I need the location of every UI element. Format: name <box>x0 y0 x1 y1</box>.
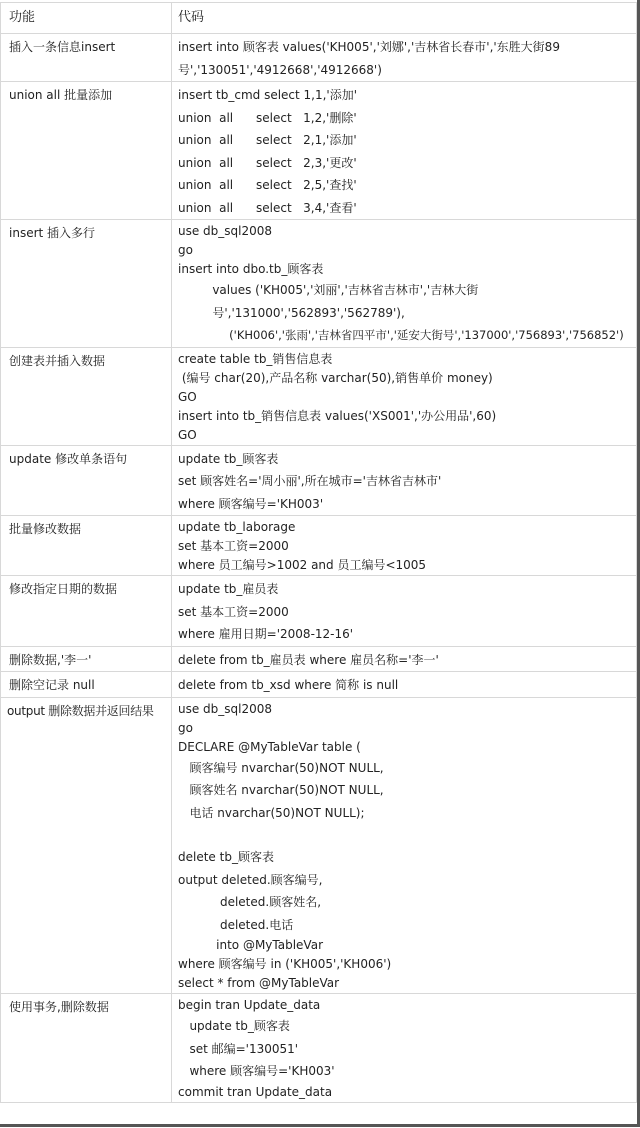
code-line: GO <box>178 388 630 407</box>
code-line: 顾客编号 nvarchar(50)NOT NULL, <box>178 757 630 780</box>
table-row: 删除数据,'李一' delete from tb_雇员表 where 雇员名称=… <box>1 646 637 672</box>
code-line: update tb_顾客表 <box>178 1015 630 1038</box>
function-cell: union all 批量添加 <box>1 82 172 220</box>
table-row: 创建表并插入数据 create table tb_销售信息表 (编号 char(… <box>1 347 637 445</box>
code-cell: update tb_顾客表set 顾客姓名='周小丽',所在城市='吉林省吉林市… <box>172 445 637 516</box>
code-line: delete tb_顾客表 <box>178 846 630 869</box>
code-line: insert into dbo.tb_顾客表 <box>178 260 630 279</box>
code-line: go <box>178 241 630 260</box>
code-cell: create table tb_销售信息表 (编号 char(20),产品名称 … <box>172 347 637 445</box>
table-row: 使用事务,删除数据 begin tran Update_data update … <box>1 994 637 1103</box>
code-line: union all select 2,3,'更改' <box>178 152 630 175</box>
code-line: use db_sql2008 <box>178 222 630 241</box>
code-line: use db_sql2008 <box>178 700 630 719</box>
code-cell: update tb_laborageset 基本工资=2000where 员工编… <box>172 516 637 576</box>
code-line: GO <box>178 426 630 445</box>
function-cell: 修改指定日期的数据 <box>1 576 172 647</box>
function-cell: 插入一条信息insert <box>1 34 172 82</box>
code-line: set 邮编='130051' <box>178 1038 630 1061</box>
code-cell: use db_sql2008goDECLARE @MyTableVar tabl… <box>172 697 637 994</box>
table-row: 批量修改数据 update tb_laborageset 基本工资=2000wh… <box>1 516 637 576</box>
function-cell: 批量修改数据 <box>1 516 172 576</box>
function-cell: output 删除数据并返回结果 <box>1 697 172 994</box>
code-line: 电话 nvarchar(50)NOT NULL); <box>178 802 630 825</box>
header-code: 代码 <box>172 3 637 34</box>
code-line: into @MyTableVar <box>178 936 630 955</box>
code-line: where 员工编号>1002 and 员工编号<1005 <box>178 556 630 575</box>
code-line: union all select 1,2,'删除' <box>178 107 630 130</box>
code-line: ('KH006','张雨','吉林省四平市','延安大街号','137000',… <box>178 324 630 347</box>
code-line: delete from tb_雇员表 where 雇员名称='李一' <box>178 649 630 672</box>
code-line: 号','131000','562893','562789'), <box>178 302 630 325</box>
code-line: update tb_顾客表 <box>178 448 630 471</box>
code-line: where 雇用日期='2008-12-16' <box>178 623 630 646</box>
code-cell: update tb_雇员表set 基本工资=2000where 雇用日期='20… <box>172 576 637 647</box>
code-line: (编号 char(20),产品名称 varchar(50),销售单价 money… <box>178 369 630 388</box>
code-line: begin tran Update_data <box>178 996 630 1015</box>
header-function: 功能 <box>1 3 172 34</box>
code-line: insert into 顾客表 values('KH005','刘娜','吉林省… <box>178 36 630 59</box>
function-cell: 删除空记录 null <box>1 672 172 698</box>
code-line: deleted.电话 <box>178 914 630 937</box>
code-line: 号','130051','4912668','4912668') <box>178 59 630 82</box>
code-line: set 基本工资=2000 <box>178 537 630 556</box>
code-line: insert tb_cmd select 1,1,'添加' <box>178 84 630 107</box>
code-line: union all select 3,4,'查看' <box>178 197 630 220</box>
code-line: union all select 2,5,'查找' <box>178 174 630 197</box>
table-row: 修改指定日期的数据 update tb_雇员表set 基本工资=2000wher… <box>1 576 637 647</box>
code-line-blank <box>178 824 630 846</box>
code-cell: delete from tb_xsd where 简称 is null <box>172 672 637 698</box>
code-line: where 顾客编号='KH003' <box>178 493 630 516</box>
code-line: insert into tb_销售信息表 values('XS001','办公用… <box>178 407 630 426</box>
table-row: union all 批量添加 insert tb_cmd select 1,1,… <box>1 82 637 220</box>
table-row: insert 插入多行 use db_sql2008goinsert into … <box>1 220 637 348</box>
table-row: 删除空记录 null delete from tb_xsd where 简称 i… <box>1 672 637 698</box>
code-line: update tb_laborage <box>178 518 630 537</box>
code-cell: insert tb_cmd select 1,1,'添加'union all s… <box>172 82 637 220</box>
code-line: set 顾客姓名='周小丽',所在城市='吉林省吉林市' <box>178 470 630 493</box>
function-cell: 删除数据,'李一' <box>1 646 172 672</box>
code-line: go <box>178 719 630 738</box>
code-line: DECLARE @MyTableVar table ( <box>178 738 630 757</box>
code-line: where 顾客编号='KH003' <box>178 1060 630 1083</box>
code-line: where 顾客编号 in ('KH005','KH006') <box>178 955 630 974</box>
code-line: delete from tb_xsd where 简称 is null <box>178 674 630 697</box>
table-row: 插入一条信息insert insert into 顾客表 values('KH0… <box>1 34 637 82</box>
code-cell: insert into 顾客表 values('KH005','刘娜','吉林省… <box>172 34 637 82</box>
code-line: output deleted.顾客编号, <box>178 869 630 892</box>
function-cell: update 修改单条语句 <box>1 445 172 516</box>
table-header-row: 功能 代码 <box>1 3 637 34</box>
function-cell: insert 插入多行 <box>1 220 172 348</box>
code-line: 顾客姓名 nvarchar(50)NOT NULL, <box>178 779 630 802</box>
table-row: output 删除数据并返回结果 use db_sql2008goDECLARE… <box>1 697 637 994</box>
code-line: create table tb_销售信息表 <box>178 350 630 369</box>
code-line: commit tran Update_data <box>178 1083 630 1102</box>
table-row: update 修改单条语句 update tb_顾客表set 顾客姓名='周小丽… <box>1 445 637 516</box>
code-line: values ('KH005','刘丽','吉林省吉林市','吉林大街 <box>178 279 630 302</box>
function-cell: 创建表并插入数据 <box>1 347 172 445</box>
sql-reference-table: 功能 代码 插入一条信息insert insert into 顾客表 value… <box>0 2 637 1103</box>
code-line: select * from @MyTableVar <box>178 974 630 993</box>
code-cell: begin tran Update_data update tb_顾客表 set… <box>172 994 637 1103</box>
code-line: deleted.顾客姓名, <box>178 891 630 914</box>
code-line: union all select 2,1,'添加' <box>178 129 630 152</box>
code-cell: use db_sql2008goinsert into dbo.tb_顾客表 v… <box>172 220 637 348</box>
code-line: update tb_雇员表 <box>178 578 630 601</box>
code-line: set 基本工资=2000 <box>178 601 630 624</box>
function-cell: 使用事务,删除数据 <box>1 994 172 1103</box>
code-cell: delete from tb_雇员表 where 雇员名称='李一' <box>172 646 637 672</box>
